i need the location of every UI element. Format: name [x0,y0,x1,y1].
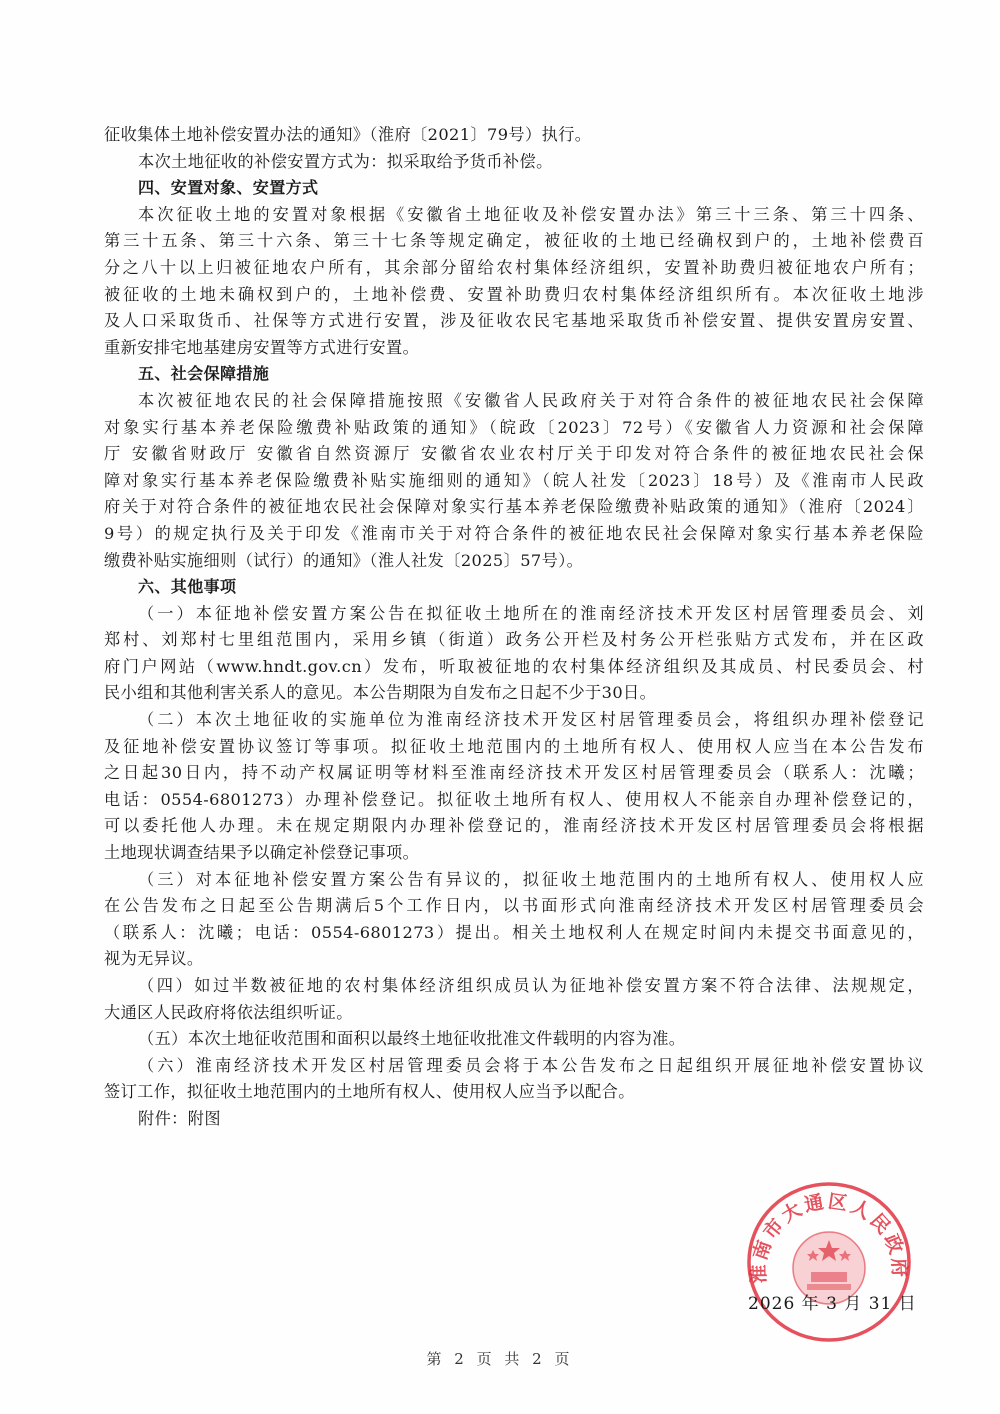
paragraph-line: 视为无异议。 [104,946,924,973]
official-seal: 淮南市大通区人民政府 [741,1176,917,1344]
paragraph-line: 大通区人民政府将依法组织听证。 [104,1000,924,1027]
paragraph-line: 本次被征地农民的社会保障措施按照《安徽省人民政府关于对符合条件的被征地农民社会保… [104,388,924,415]
paragraph-line: 及征地补偿安置协议签订等事项。拟征收土地范围内的土地所有权人、使用权人应当在本公… [104,734,924,761]
paragraph-line: 重新安排宅地基建房安置等方式进行安置。 [104,335,924,362]
paragraph-line: 9号）的规定执行及关于印发《淮南市关于对符合条件的被征地农民社会保障对象实行基本… [104,521,924,548]
paragraph-line: 分之八十以上归被征地农户所有，其余部分留给农村集体经济组织，安置补助费归被征地农… [104,255,924,282]
paragraph-line: 府门户网站（www.hndt.gov.cn）发布，听取被征地的农村集体经济组织及… [104,654,924,681]
issue-date: 2026 年 3 月 31 日 [748,1289,917,1314]
paragraph-line: 及人口采取货币、社保等方式进行安置，涉及征收农民宅基地采取货币补偿安置、提供安置… [104,308,924,335]
paragraph-line: 土地现状调查结果予以确定补偿登记事项。 [104,840,924,867]
page-number: 第 2 页 共 2 页 [0,1348,1000,1369]
paragraph-line: 被征收的土地未确权到户的，土地补偿费、安置补助费归农村集体经济组织所有。本次征收… [104,282,924,309]
paragraph-line: 可以委托他人办理。未在规定期限内办理补偿登记的，淮南经济技术开发区村居管理委员会… [104,813,924,840]
document-page: 征收集体土地补偿安置办法的通知》（淮府〔2021〕79号）执行。本次土地征收的补… [0,0,1000,1414]
seal-emblem-icon: 淮南市大通区人民政府 [741,1176,917,1344]
paragraph-line: 本次征收土地的安置对象根据《安徽省土地征收及补偿安置办法》第三十三条、第三十四条… [104,202,924,229]
paragraph-line: 府关于对符合条件的被征地农民社会保障对象实行基本养老保险缴费补贴政策的通知》（淮… [104,494,924,521]
paragraph-line: （五）本次土地征收范围和面积以最终土地征收批准文件载明的内容为准。 [104,1026,924,1053]
paragraph-line: 民小组和其他利害关系人的意见。本公告期限为自发布之日起不少于30日。 [104,680,924,707]
paragraph-line: 障对象实行基本养老保险缴费补贴实施细则的通知》（皖人社发〔2023〕18号）及《… [104,468,924,495]
paragraph-line: 签订工作，拟征收土地范围内的土地所有权人、使用权人应当予以配合。 [104,1079,924,1106]
paragraph-line: 对象实行基本养老保险缴费补贴政策的通知》（皖政〔2023〕72号）《安徽省人力资… [104,415,924,442]
paragraph-line: 第三十五条、第三十六条、第三十七条等规定确定，被征收的土地已经确权到户的，土地补… [104,228,924,255]
paragraph-line: 郑村、刘郑村七里组范围内，采用乡镇（街道）政务公开栏及村务公开栏张贴方式发布，并… [104,627,924,654]
paragraph-line: 之日起30日内，持不动产权属证明等材料至淮南经济技术开发区村居管理委员会（联系人… [104,760,924,787]
document-body: 征收集体土地补偿安置办法的通知》（淮府〔2021〕79号）执行。本次土地征收的补… [104,122,924,1133]
paragraph-line: 征收集体土地补偿安置办法的通知》（淮府〔2021〕79号）执行。 [104,122,924,149]
paragraph-line: （联系人：沈曦；电话：0554-6801273）提出。相关土地权利人在规定时间内… [104,920,924,947]
paragraph-line: 附件：附图 [104,1106,924,1133]
section-heading: 四、安置对象、安置方式 [104,175,924,202]
paragraph-line: 在公告发布之日起至公告期满后5个工作日内，以书面形式向淮南经济技术开发区村居管理… [104,893,924,920]
paragraph-line: 缴费补贴实施细则（试行）的通知》（淮人社发〔2025〕57号）。 [104,548,924,575]
section-heading: 六、其他事项 [104,574,924,601]
paragraph-line: （六）淮南经济技术开发区村居管理委员会将于本公告发布之日起组织开展征地补偿安置协… [104,1053,924,1080]
section-heading: 五、社会保障措施 [104,361,924,388]
paragraph-line: （四）如过半数被征地的农村集体经济组织成员认为征地补偿安置方案不符合法律、法规规… [104,973,924,1000]
paragraph-line: （一）本征地补偿安置方案公告在拟征收土地所在的淮南经济技术开发区村居管理委员会、… [104,601,924,628]
paragraph-line: （二）本次土地征收的实施单位为淮南经济技术开发区村居管理委员会，将组织办理补偿登… [104,707,924,734]
paragraph-line: （三）对本征地补偿安置方案公告有异议的，拟征收土地范围内的土地所有权人、使用权人… [104,867,924,894]
paragraph-line: 本次土地征收的补偿安置方式为：拟采取给予货币补偿。 [104,149,924,176]
paragraph-line: 厅 安徽省财政厅 安徽省自然资源厅 安徽省农业农村厅关于印发对符合条件的被征地农… [104,441,924,468]
paragraph-line: 电话：0554-6801273）办理补偿登记。拟征收土地所有权人、使用权人不能亲… [104,787,924,814]
